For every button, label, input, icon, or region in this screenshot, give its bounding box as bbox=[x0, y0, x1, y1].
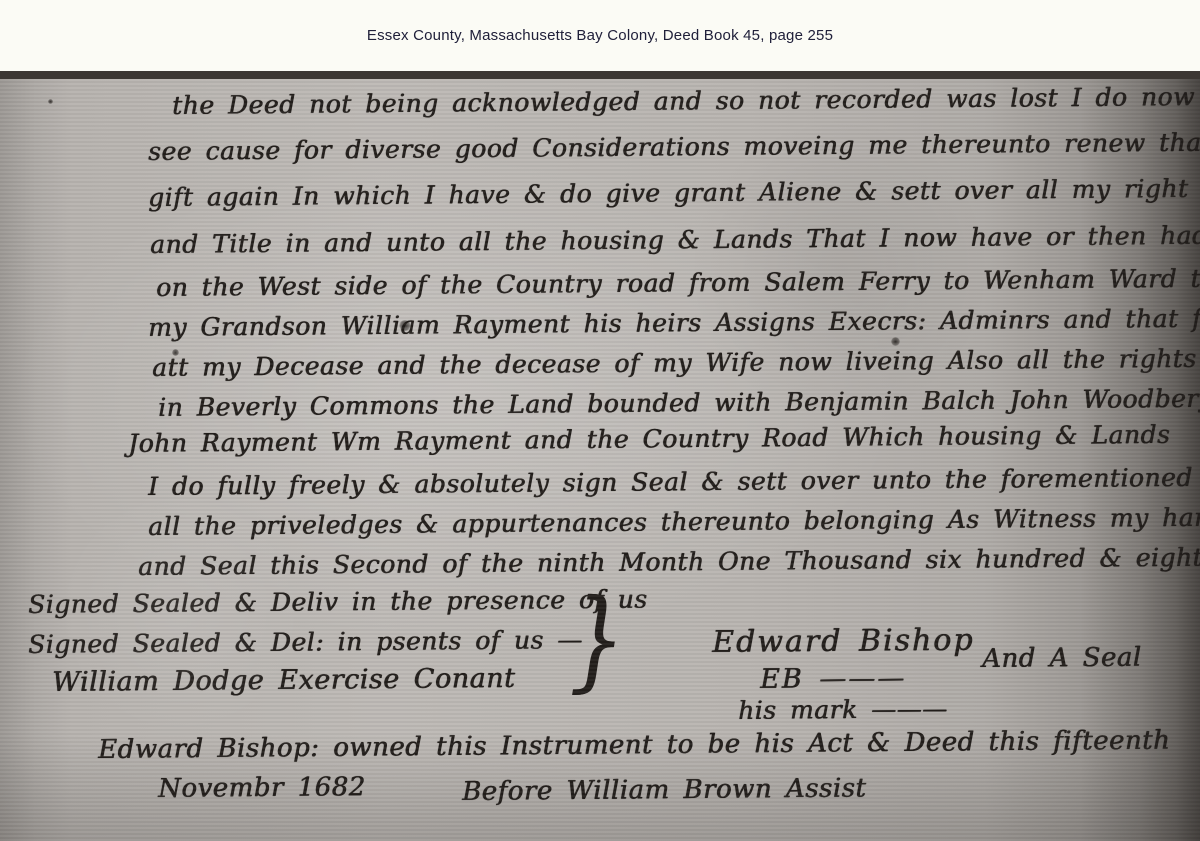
deed-body-line: the Deed not being acknowledged and so n… bbox=[172, 82, 1195, 120]
deed-body-line: in Beverly Commons the Land bounded with… bbox=[158, 384, 1200, 422]
deed-body-line: att my Decease and the decease of my Wif… bbox=[152, 343, 1200, 382]
seal-note: And A Seal bbox=[982, 643, 1142, 674]
page: Essex County, Massachusetts Bay Colony, … bbox=[0, 0, 1200, 841]
witness-line: William Dodge Exercise Conant bbox=[52, 663, 516, 698]
deed-body-line: my Grandson William Rayment his heirs As… bbox=[148, 303, 1200, 342]
paper-blemish bbox=[48, 99, 53, 104]
signature-mark-initials: EB ——— bbox=[760, 663, 906, 695]
deed-body-line: see cause for diverse good Consideration… bbox=[148, 128, 1200, 166]
deed-photo: the Deed not being acknowledged and so n… bbox=[0, 79, 1200, 841]
top-rule-divider bbox=[0, 71, 1200, 79]
witness-line: Signed Sealed & Deliv in the presence of… bbox=[28, 585, 648, 619]
witness-brace-flourish: } bbox=[569, 575, 625, 703]
deed-body-line: and Seal this Second of the ninth Month … bbox=[138, 542, 1200, 581]
attestation-official: Before William Brown Assist bbox=[462, 773, 867, 807]
deed-body-line: all the priveledges & appurtenances ther… bbox=[148, 503, 1200, 541]
deed-body-line: gift again In which I have & do give gra… bbox=[148, 174, 1189, 212]
caption-bar: Essex County, Massachusetts Bay Colony, … bbox=[0, 0, 1200, 71]
page-caption: Essex County, Massachusetts Bay Colony, … bbox=[367, 27, 833, 44]
attestation-line: Edward Bishop: owned this Instrument to … bbox=[98, 726, 1170, 765]
attestation-date: Novembr 1682 bbox=[158, 772, 366, 804]
signature-edward-bishop: Edward Bishop bbox=[712, 623, 975, 660]
deed-body-line: I do fully freely & absolutely sign Seal… bbox=[148, 462, 1200, 501]
deed-body-line: and Title in and unto all the housing & … bbox=[150, 221, 1200, 259]
witness-line: Signed Sealed & Del: in psents of us — bbox=[28, 625, 583, 659]
signature-mark-label: his mark ——— bbox=[738, 694, 948, 725]
deed-body-line: John Rayment Wm Rayment and the Country … bbox=[128, 420, 1170, 458]
paper-blemish bbox=[891, 337, 900, 346]
deed-body-line: on the West side of the Country road fro… bbox=[156, 264, 1200, 302]
